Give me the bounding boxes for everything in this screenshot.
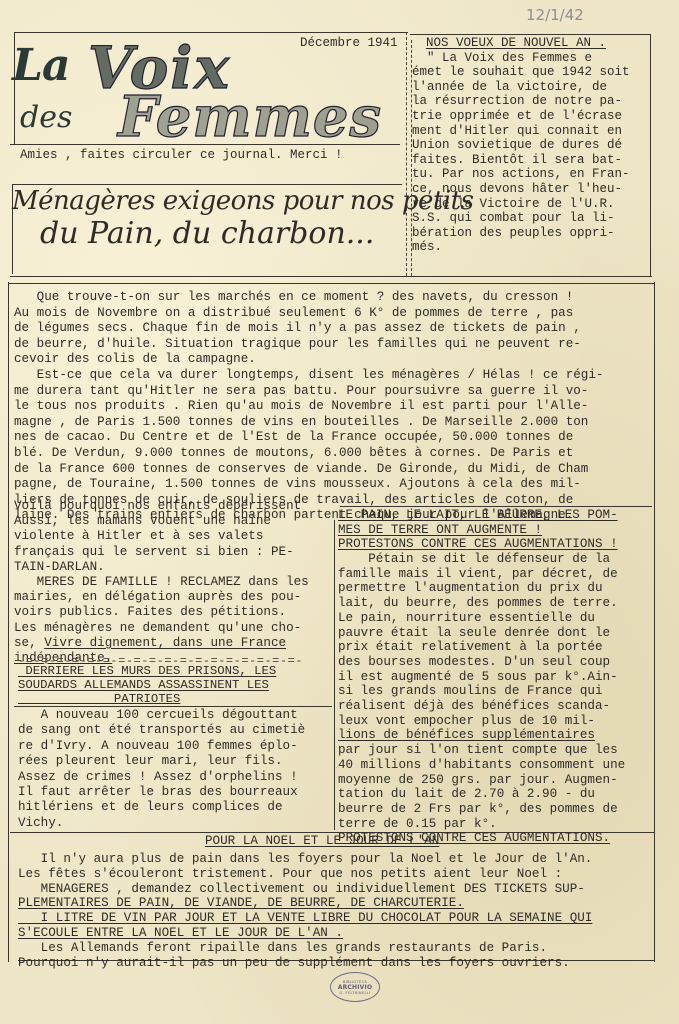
- prices-line: terre de 0.15 par k°.: [338, 817, 625, 832]
- voeux-column-divider: [406, 32, 407, 276]
- prisons-article-body: A nouveau 100 cercueils dégouttant de sa…: [18, 708, 305, 831]
- main-article-line: de la France 600 tonnes de conserves de …: [14, 462, 603, 478]
- prices-line: il est augmenté de 5 sous par k°.Ain-: [338, 670, 625, 685]
- prices-line: pauvre était la seule denrée dont le: [338, 626, 625, 641]
- prices-title-line: LE PAIN, LE LAIT, LE BEURRE, LES POM-: [338, 508, 618, 523]
- prices-line: permettre l'augmentation du prix du: [338, 581, 625, 596]
- prisons-headline: DERRIERE LES MURS DES PRISONS, LES SOUDA…: [18, 664, 276, 707]
- prisons-line: re d'Ivry. A nouveau 100 femmes éplo-: [18, 739, 305, 754]
- main-article-line: Est-ce que cela va durer longtemps, dise…: [14, 368, 603, 384]
- voeux-line: trie opprimée et de l'écrase: [412, 109, 652, 124]
- masthead-des: des: [20, 100, 72, 135]
- emphasis-phrase: Vivre dignement, dans une France: [44, 636, 286, 650]
- prices-line: famille mais il vient, par décret, de: [338, 567, 625, 582]
- prices-headline: LE PAIN, LE LAIT, LE BEURRE, LES POM- ME…: [338, 508, 618, 552]
- header-bottom-rule: [10, 276, 652, 277]
- column-divider: [334, 520, 335, 830]
- voeux-article: NOS VOEUX DE NOUVEL AN . " La Voix des F…: [412, 36, 652, 255]
- handwritten-archive-note: 12/1/42: [526, 6, 584, 24]
- prices-line: prix était relativement à la portée: [338, 640, 625, 655]
- prisons-title-line: DERRIERE LES MURS DES PRISONS, LES: [18, 664, 276, 678]
- left-column-line: se,: [14, 636, 44, 650]
- script-headline-line2: du Pain, du charbon...: [40, 216, 374, 251]
- prices-line: Le pain, nourriture essentielle du: [338, 611, 625, 626]
- prices-article-body: Pétain se dit le défenseur de la famille…: [338, 552, 625, 846]
- main-top-rule: [8, 283, 654, 284]
- voeux-line: l'année de la victoire, de: [412, 80, 652, 95]
- voeux-line: més.: [412, 240, 652, 255]
- issue-date: Décembre 1941: [300, 36, 398, 50]
- library-stamp: BIBLIOTECA ARCHIVIO G. FELTRINELLI: [330, 972, 380, 1002]
- main-article-line: le tous nos produits . Rien qu'au mois d…: [14, 399, 603, 415]
- masthead-top-rule: [14, 32, 408, 33]
- main-article-line: pagne, de Touraine, 1.500 tonnes de vins…: [14, 477, 603, 493]
- left-column-line-with-emphasis: se, Vivre dignement, dans une France: [14, 636, 309, 651]
- main-article-line: me durera tant qu'Hitler ne sera pas bat…: [14, 384, 603, 400]
- prices-line: si les grands moulins de France qui: [338, 684, 625, 699]
- left-column-line: violente à Hitler et à ses valets: [14, 529, 309, 544]
- noel-line: Les fêtes s'écouleront tristement. Pour …: [18, 867, 658, 882]
- main-article-line: Au mois de Novembre on a distribué seule…: [14, 306, 603, 322]
- prisons-line: A nouveau 100 cercueils dégouttant: [18, 708, 305, 723]
- noel-title: POUR LA NOEL ET LE JOUR DE L'AN: [205, 834, 439, 848]
- prisons-title-line: PATRIOTES: [18, 692, 276, 706]
- main-article-line: Que trouve-t-on sur les marchés en ce mo…: [14, 290, 603, 306]
- prices-line: lions de bénéfices supplémentaires: [338, 728, 625, 743]
- main-article-line: nes de cacao. Du Centre et de l'Est de l…: [14, 430, 603, 446]
- left-column-line: mairies, en délégation auprès des pou-: [14, 590, 309, 605]
- voeux-line: émet le souhait que 1942 soit: [412, 65, 652, 80]
- noel-line: Les Allemands feront ripaille dans les g…: [18, 941, 658, 956]
- prisons-line: de sang ont été transportés au cimetiè: [18, 723, 305, 738]
- prices-line: Pétain se dit le défenseur de la: [338, 552, 625, 567]
- voeux-line: faites. Bientôt il sera bat-: [412, 153, 652, 168]
- prices-title-line: MES DE TERRE ONT AUGMENTE !: [338, 523, 618, 538]
- main-article: Que trouve-t-on sur les marchés en ce mo…: [14, 290, 603, 524]
- noel-line: S'ECOULE ENTRE LA NOEL ET LE JOUR DE L'A…: [18, 926, 658, 941]
- prisons-line: rées pleurent leur mari, leur fils.: [18, 754, 305, 769]
- main-left-rule: [8, 282, 9, 962]
- voeux-line: " La Voix des Femmes e: [412, 51, 652, 66]
- voeux-line: bération des peuples oppri-: [412, 226, 652, 241]
- noel-article-body: Il n'y aura plus de pain dans les foyers…: [18, 852, 658, 970]
- left-column-article: Voilà pourquoi nos enfants dépérissent A…: [14, 499, 309, 666]
- prices-line: beurre de 2 Frs par k°, des pommes de: [338, 802, 625, 817]
- main-article-line: blé. De Verdun, 9.000 tonnes de moutons,…: [14, 446, 603, 462]
- prices-line: par jour si l'on tient compte que les: [338, 743, 625, 758]
- voeux-line: la résurrection de notre pa-: [412, 94, 652, 109]
- prices-line: réalisent déjà des bénéfices scanda-: [338, 699, 625, 714]
- prices-line: tation du lait de 2.70 à 2.90 - du: [338, 787, 625, 802]
- left-column-line: français qui le servent si bien : PE-: [14, 545, 309, 560]
- main-article-line: cevoir des colis de la campagne.: [14, 352, 603, 368]
- newspaper-page: 12/1/42 La Voix des Femmes Décembre 1941…: [0, 0, 679, 1024]
- stamp-middle-text: ARCHIVIO: [338, 984, 373, 991]
- prices-title-line: PROTESTONS CONTRE CES AUGMENTATIONS !: [338, 537, 618, 552]
- masthead-femmes: Femmes: [118, 84, 382, 150]
- stamp-bottom-text: G. FELTRINELLI: [340, 991, 371, 995]
- left-column-line: MERES DE FAMILLE ! RECLAMEZ dans les: [14, 575, 309, 590]
- prisons-line: Assez de crimes ! Assez d'orphelins !: [18, 770, 305, 785]
- left-column-line: voirs publics. Faites des pétitions.: [14, 605, 309, 620]
- prices-line: moyenne de 250 grs. par jour. Augmen-: [338, 773, 625, 788]
- prisons-line: hitlériens et de leurs complices de: [18, 800, 305, 815]
- prices-line: des bourses modestes. D'un seul coup: [338, 655, 625, 670]
- voeux-line: S.S. qui combat pour la li-: [412, 211, 652, 226]
- prisons-line: Il faut arrêter le bras des bourreaux: [18, 785, 305, 800]
- voeux-line: tu. Par nos actions, en Fran-: [412, 167, 652, 182]
- masthead-la: La: [12, 40, 69, 91]
- voeux-line: ment d'Hitler qui connait en: [412, 124, 652, 139]
- noel-line: Il n'y aura plus de pain dans les foyers…: [18, 852, 658, 867]
- prices-line: lait, du beurre, des pommes de terre.: [338, 596, 625, 611]
- voeux-top-rule: [410, 34, 650, 35]
- voeux-line: ce, nous devons hâter l'heu-: [412, 182, 652, 197]
- prices-line: 40 millions d'habitants consomment une: [338, 758, 625, 773]
- noel-line: PLEMENTAIRES DE PAIN, DE VIANDE, DE BEUR…: [18, 896, 658, 911]
- main-article-line: de beurre, d'huile. Situation tragique p…: [14, 337, 603, 353]
- script-headline-top-rule: [12, 184, 402, 185]
- noel-line: I LITRE DE VIN PAR JOUR ET LA VENTE LIBR…: [18, 911, 658, 926]
- voeux-title: NOS VOEUX DE NOUVEL AN .: [412, 36, 652, 51]
- left-column-line: Voilà pourquoi nos enfants dépérissent: [14, 499, 309, 514]
- noel-line: Pourquoi n'y aurait-il pas un peu de sup…: [18, 956, 658, 971]
- voeux-line: Union sovietique de dures dé: [412, 138, 652, 153]
- left-column-line: Les ménagères ne demandent qu'une cho-: [14, 621, 309, 636]
- left-column-line: TAIN-DARLAN.: [14, 560, 309, 575]
- voeux-line: re de la Victoire de l'U.R.: [412, 197, 652, 212]
- main-article-line: de légumes secs. Chaque fin de mois il n…: [14, 321, 603, 337]
- main-article-line: magne , de Paris 1.500 tonnes de vins en…: [14, 415, 603, 431]
- masthead-tagline: Amies , faites circuler ce journal. Merc…: [20, 148, 343, 162]
- prisons-title-line: SOUDARDS ALLEMANDS ASSASSINENT LES: [18, 678, 276, 692]
- left-column-line: Aussi, les mamans vouent une haine: [14, 514, 309, 529]
- prisons-line: Vichy.: [18, 816, 305, 831]
- prices-line: leux vont empocher plus de 10 mil-: [338, 714, 625, 729]
- script-headline-line1: Ménagères exigeons pour nos petits: [12, 186, 473, 216]
- noel-line: MENAGERES , demandez collectivement ou i…: [18, 882, 658, 897]
